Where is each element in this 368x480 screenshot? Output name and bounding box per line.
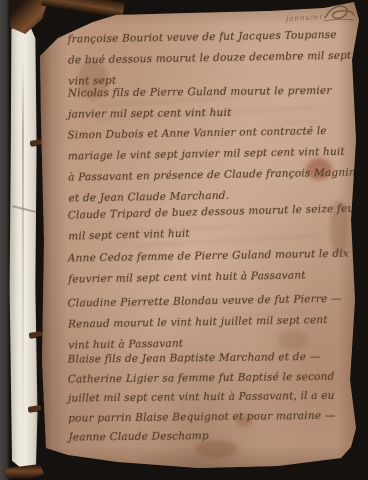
binding-stitch: [28, 405, 42, 412]
cover-crease: [22, 60, 24, 440]
register-entry-burial-blondau: Claudine Pierrette Blondau veuve de fut …: [67, 288, 360, 356]
binding-stitch: [30, 139, 44, 146]
manuscript-line: Blaise fils de Jean Baptiste Marchand et…: [67, 347, 359, 370]
flourish-paraph-icon: [322, 2, 356, 24]
manuscript-page: jannuier françoise Bouriot veuve de fut …: [38, 0, 360, 474]
register-entry-burial-guland-nicolas: Nicolas fils de Pierre Guland mourut le …: [68, 80, 360, 125]
register-entry-burial-cedoz: Anne Cedoz femme de Pierre Guland mourut…: [68, 243, 361, 290]
manuscript-scan: jannuier françoise Bouriot veuve de fut …: [0, 0, 368, 480]
register-entry-burial-tripard: Claude Tripard de buez dessous mourut le…: [68, 198, 361, 247]
manuscript-line: Jeanne Claude Deschamp: [68, 425, 360, 448]
spine-leather-bottom: [6, 464, 44, 478]
manuscript-line: Nicolas fils de Pierre Guland mourut le …: [68, 80, 360, 104]
register-entry-baptism-marchand: Blaise fils de Jean Baptiste Marchand et…: [67, 347, 360, 448]
manuscript-line: juillet mil sept cent vint huit à Passav…: [68, 386, 360, 409]
binding-stitch: [29, 331, 43, 338]
table-edge: [0, 0, 10, 480]
manuscript-line: pour parrin Blaise Bequignot et pour mar…: [68, 406, 360, 429]
leather-strap: [41, 0, 124, 18]
register-entry-marriage-dubois-vannier: Simon Dubois et Anne Vannier ont contrac…: [67, 120, 360, 209]
